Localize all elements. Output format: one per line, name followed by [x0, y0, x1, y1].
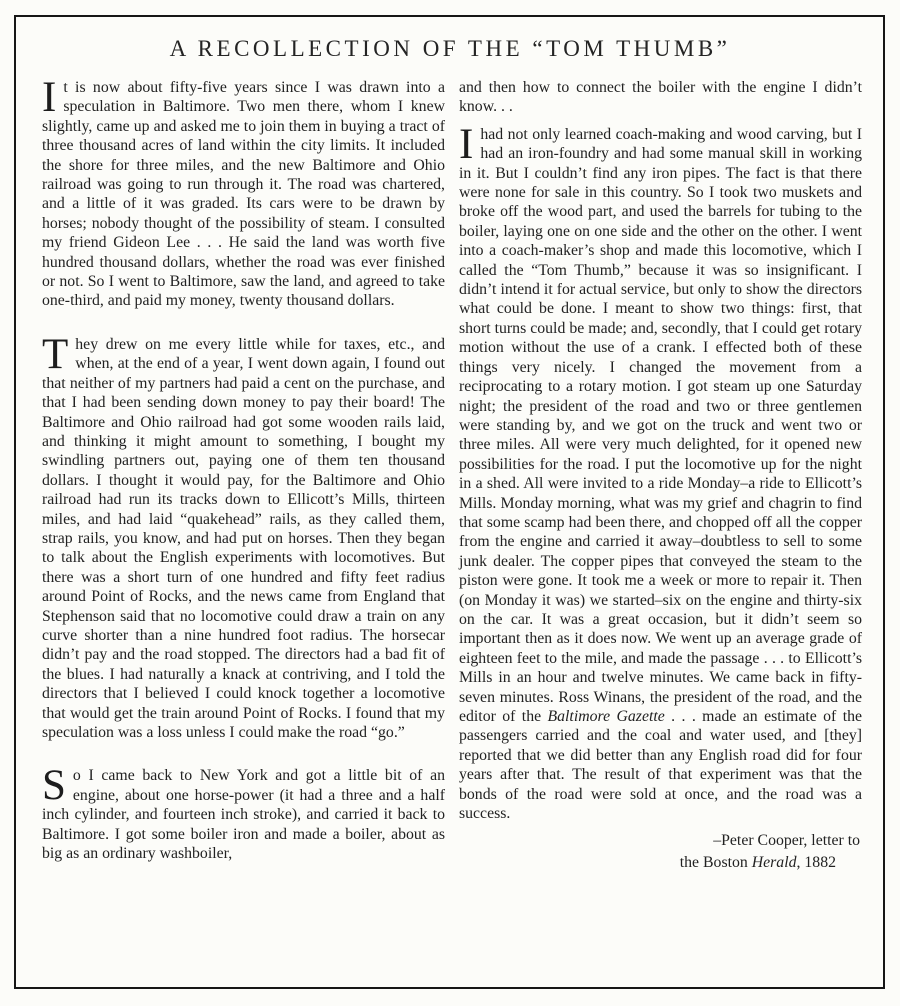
paragraph-3: So I came back to New York and got a lit…: [42, 766, 445, 863]
book-page: A RECOLLECTION OF THE “TOM THUMB” It is …: [0, 0, 900, 1006]
signature-block: –Peter Cooper, letter to the Boston Hera…: [459, 830, 862, 874]
paragraph-text: t is now about fifty-five years since I …: [42, 79, 445, 309]
paragraph-1: It is now about fifty-five years since I…: [42, 78, 445, 311]
paragraph-4: Ihad not only learned coach-making and w…: [459, 125, 862, 824]
paragraph-text: had not only learned coach-making and wo…: [459, 126, 862, 725]
right-column: and then how to connect the boiler with …: [459, 78, 862, 874]
paragraph-text: hey drew on me every little while for ta…: [42, 336, 445, 741]
publication-name-italic: Herald: [752, 854, 797, 871]
signature-text: , 1882: [797, 854, 837, 871]
page-title: A RECOLLECTION OF THE “TOM THUMB”: [0, 36, 900, 62]
paragraph-3-continuation: and then how to connect the boiler with …: [459, 78, 862, 117]
signature-line-2: the Boston Herald, 1882: [459, 852, 860, 874]
paragraph-text: o I came back to New York and got a litt…: [42, 767, 445, 862]
signature-line-1: –Peter Cooper, letter to: [459, 830, 860, 852]
dropcap-initial: I: [459, 125, 480, 161]
dropcap-initial: S: [42, 766, 73, 802]
publication-name-italic: Baltimore Gazette: [548, 708, 665, 725]
signature-text: the Boston: [680, 854, 752, 871]
dropcap-initial: T: [42, 335, 75, 371]
left-column: It is now about fifty-five years since I…: [42, 78, 445, 874]
paragraph-2: They drew on me every little while for t…: [42, 335, 445, 743]
article-columns: It is now about fifty-five years since I…: [42, 78, 862, 874]
paragraph-text: . . . made an estimate of the passengers…: [459, 708, 862, 822]
dropcap-initial: I: [42, 78, 63, 114]
